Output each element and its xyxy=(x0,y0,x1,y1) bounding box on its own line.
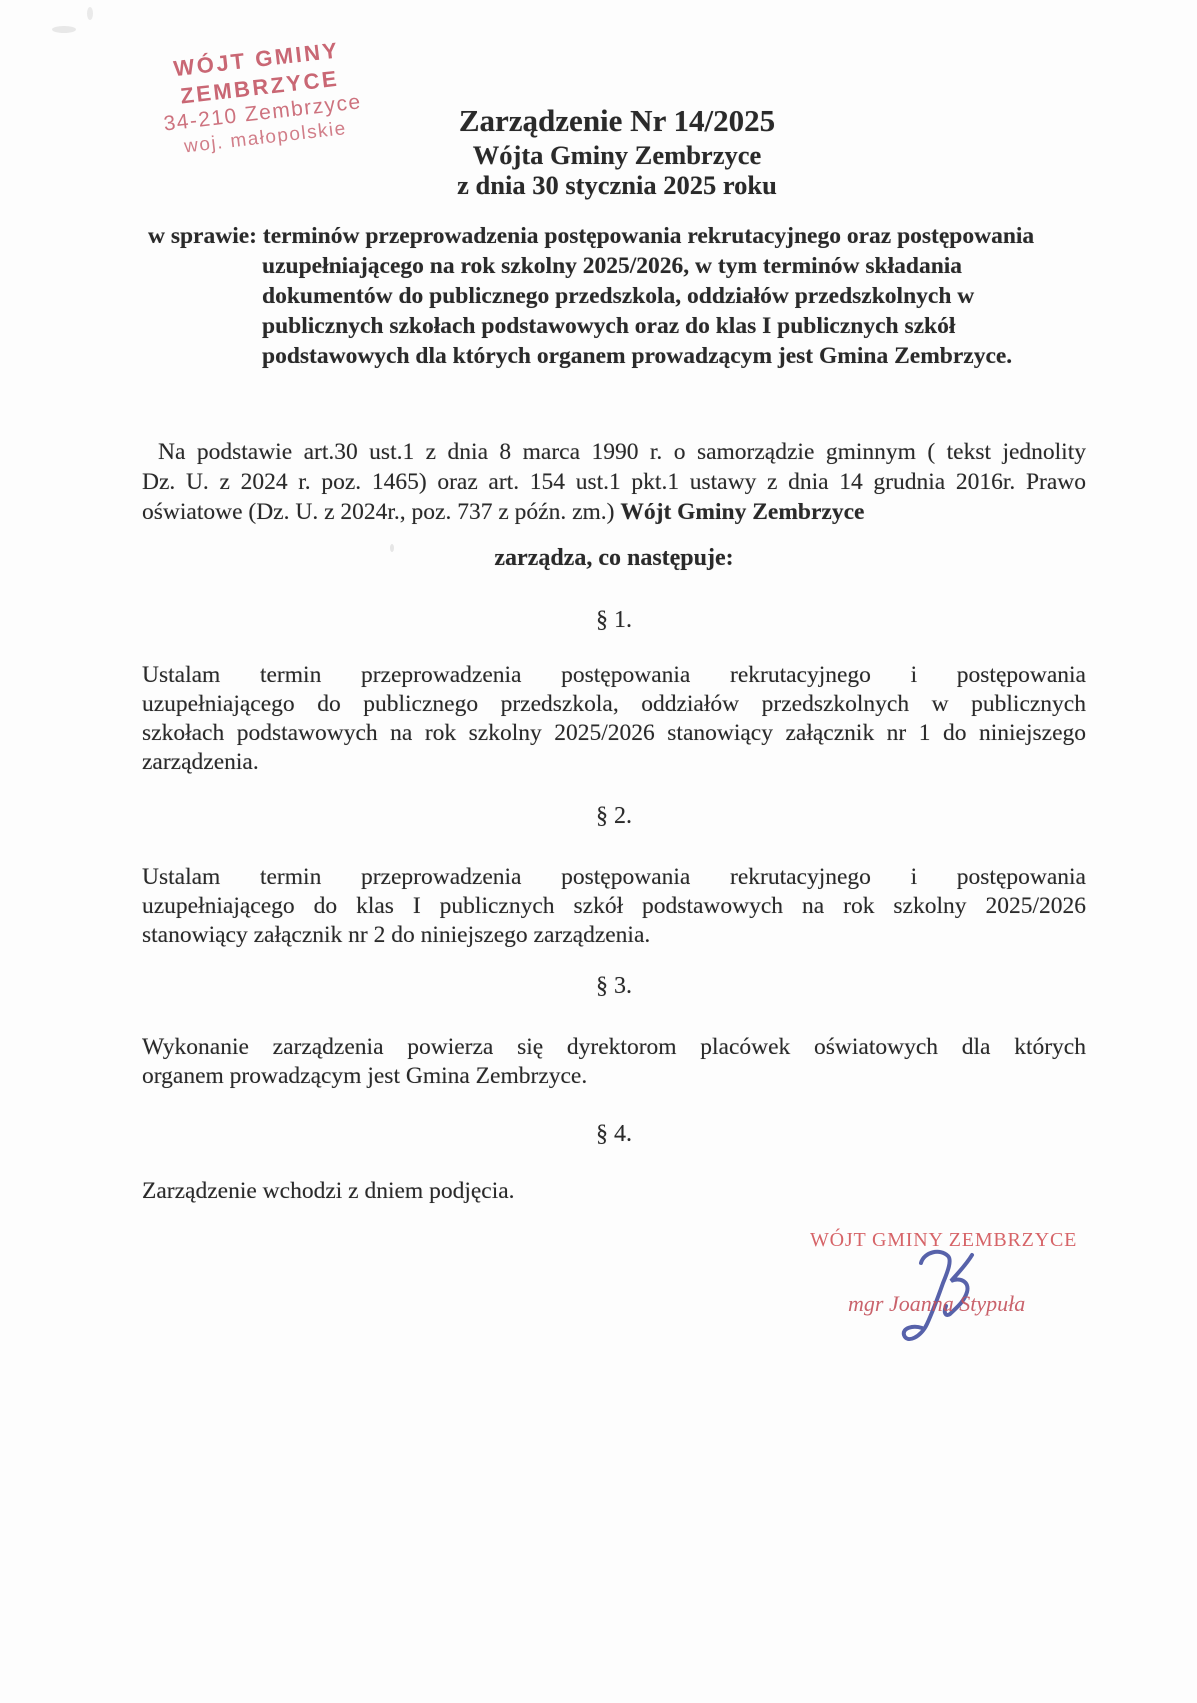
order-clause: zarządza, co następuje: xyxy=(142,545,1086,572)
title-date: z dnia 30 stycznia 2025 roku xyxy=(317,170,917,200)
section-line: uzupełniającego do publicznego przedszko… xyxy=(142,690,1086,719)
title-number: Zarządzenie Nr 14/2025 xyxy=(317,101,917,140)
section-1-paragraph: Ustalam termin przeprowadzenia postępowa… xyxy=(142,661,1086,777)
subject-line: w sprawie: terminów przeprowadzenia post… xyxy=(142,221,1086,251)
subject-block: w sprawie: terminów przeprowadzenia post… xyxy=(142,221,1086,371)
document-title-block: Zarządzenie Nr 14/2025 Wójta Gminy Zembr… xyxy=(317,101,917,200)
section-line: zarządzenia. xyxy=(142,748,1086,777)
section-4-heading: § 4. xyxy=(142,1121,1086,1148)
section-line: organem prowadzącym jest Gmina Zembrzyce… xyxy=(142,1062,1086,1091)
subject-line: uzupełniającego na rok szkolny 2025/2026… xyxy=(142,251,1086,281)
section-3-paragraph: Wykonanie zarządzenia powierza się dyrek… xyxy=(142,1033,1086,1091)
section-line: Wykonanie zarządzenia powierza się dyrek… xyxy=(142,1033,1086,1062)
section-line: szkołach podstawowych na rok szkolny 202… xyxy=(142,719,1086,748)
subject-line: podstawowych dla których organem prowadz… xyxy=(142,341,1086,371)
section-3-heading: § 3. xyxy=(142,973,1086,1000)
legal-basis-line: Na podstawie art.30 ust.1 z dnia 8 marca… xyxy=(142,437,1086,467)
legal-basis-paragraph: Na podstawie art.30 ust.1 z dnia 8 marca… xyxy=(142,437,1086,527)
section-line: Ustalam termin przeprowadzenia postępowa… xyxy=(142,661,1086,690)
section-line: Ustalam termin przeprowadzenia postępowa… xyxy=(142,863,1086,892)
scan-artifact xyxy=(87,7,93,20)
section-line: uzupełniającego do klas I publicznych sz… xyxy=(142,892,1086,921)
subject-line: publicznych szkołach podstawowych oraz d… xyxy=(142,311,1086,341)
section-2-paragraph: Ustalam termin przeprowadzenia postępowa… xyxy=(142,863,1086,950)
scanned-document-page: WÓJT GMINY ZEMBRZYCE 34-210 Zembrzyce wo… xyxy=(0,0,1197,1703)
legal-basis-line: Dz. U. z 2024 r. poz. 1465) oraz art. 15… xyxy=(142,467,1086,497)
legal-basis-issuer-bold: Wójt Gminy Zembrzyce xyxy=(620,499,864,525)
section-2-heading: § 2. xyxy=(142,803,1086,830)
section-line: stanowiący załącznik nr 2 do niniejszego… xyxy=(142,921,1086,950)
legal-basis-text: oświatowe (Dz. U. z 2024r., poz. 737 z p… xyxy=(142,499,620,525)
section-1-heading: § 1. xyxy=(142,607,1086,634)
legal-basis-line: oświatowe (Dz. U. z 2024r., poz. 737 z p… xyxy=(142,497,1086,527)
signature-name: mgr Joanna Stypuła xyxy=(848,1291,1068,1317)
scan-artifact xyxy=(52,26,76,33)
section-line: Zarządzenie wchodzi z dniem podjęcia. xyxy=(142,1177,1086,1206)
title-issuer: Wójta Gminy Zembrzyce xyxy=(317,140,917,170)
subject-line: dokumentów do publicznego przedszkola, o… xyxy=(142,281,1086,311)
section-4-paragraph: Zarządzenie wchodzi z dniem podjęcia. xyxy=(142,1177,1086,1206)
